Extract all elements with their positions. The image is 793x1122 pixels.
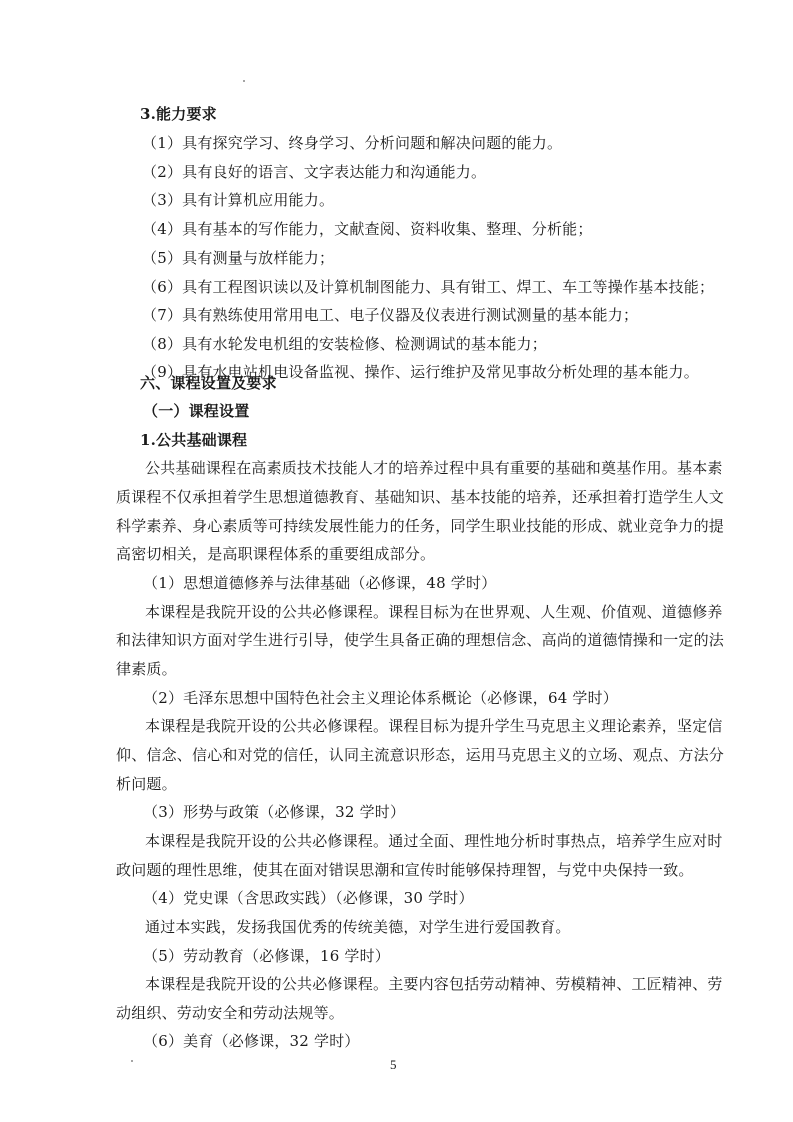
course-title: （1）思想道德修养与法律基础（必修课，48 学时）: [143, 573, 703, 593]
paragraph-line: 析问题。: [116, 774, 676, 794]
list-item: （7）具有熟练使用常用电工、电子仪器及仪表进行测试测量的基本能力；: [142, 305, 702, 325]
list-item: （5）具有测量与放样能力；: [142, 248, 702, 268]
paragraph-line: 动组织、劳动安全和劳动法规等。: [116, 1003, 676, 1023]
document-page: 3.能力要求 （1）具有探究学习、终身学习、分析问题和解决问题的能力。 （2）具…: [0, 0, 793, 1122]
paragraph-line: 和法律知识方面对学生进行引导，使学生具备正确的理想信念、高尚的道德情操和一定的法: [116, 630, 676, 650]
course-title: （6）美育（必修课，32 学时）: [143, 1031, 703, 1051]
list-item: （2）具有良好的语言、文字表达能力和沟通能力。: [142, 162, 702, 182]
course-title: （3）形势与政策（必修课，32 学时）: [143, 802, 703, 822]
paragraph-line: 通过本实践，发扬我国优秀的传统美德，对学生进行爱国教育。: [145, 917, 705, 937]
paragraph-line: 本课程是我院开设的公共必修课程。主要内容包括劳动精神、劳模精神、工匠精神、劳: [145, 974, 705, 994]
paragraph-line: 本课程是我院开设的公共必修课程。通过全面、理性地分析时事热点，培养学生应对时: [145, 831, 705, 851]
paragraph-line: 质课程不仅承担着学生思想道德教育、基础知识、基本技能的培养，还承担着打造学生人文: [116, 487, 676, 507]
paragraph-line: 科学素养、身心素质等可持续发展性能力的任务，同学生职业技能的形成、就业竞争力的提: [116, 516, 676, 536]
course-title: （2）毛泽东思想中国特色社会主义理论体系概论（必修课，64 学时）: [143, 688, 703, 708]
course-title: （4）党史课（含思政实践）（必修课，30 学时）: [143, 888, 703, 908]
scan-speck: [131, 1060, 133, 1062]
paragraph-line: 高密切相关，是高职课程体系的重要组成部分。: [116, 544, 676, 564]
list-item: （1）具有探究学习、终身学习、分析问题和解决问题的能力。: [142, 133, 702, 153]
list-item: （3）具有计算机应用能力。: [142, 190, 702, 210]
course-title: （5）劳动教育（必修课，16 学时）: [143, 946, 703, 966]
paragraph-line: 仰、信念、信心和对党的信任，认同主流意识形态，运用马克思主义的立场、观点、方法分: [116, 745, 676, 765]
page-number: 5: [390, 1057, 397, 1073]
section-heading: 3.能力要求: [140, 104, 700, 124]
subsection-heading: （一）课程设置: [143, 401, 703, 421]
paragraph-line: 律素质。: [116, 659, 676, 679]
list-item: （6）具有工程图识读以及计算机制图能力、具有钳工、焊工、车工等操作基本技能；: [142, 277, 702, 297]
scan-speck: [243, 80, 245, 82]
paragraph-line: 本课程是我院开设的公共必修课程。课程目标为提升学生马克思主义理论素养，坚定信: [145, 716, 705, 736]
chapter-heading: 六、课程设置及要求: [140, 373, 700, 393]
paragraph-line: 公共基础课程在高素质技术技能人才的培养过程中具有重要的基础和奠基作用。基本素: [145, 458, 705, 478]
list-item: （4）具有基本的写作能力，文献查阅、资料收集、整理、分析能；: [142, 219, 702, 239]
paragraph-line: 本课程是我院开设的公共必修课程。课程目标为在世界观、人生观、价值观、道德修养: [145, 602, 705, 622]
paragraph-line: 政问题的理性思维，使其在面对错误思潮和宣传时能够保持理智，与党中央保持一致。: [116, 860, 676, 880]
subsubsection-heading: 1.公共基础课程: [140, 430, 700, 450]
list-item: （8）具有水轮发电机组的安装检修、检测调试的基本能力；: [142, 334, 702, 354]
